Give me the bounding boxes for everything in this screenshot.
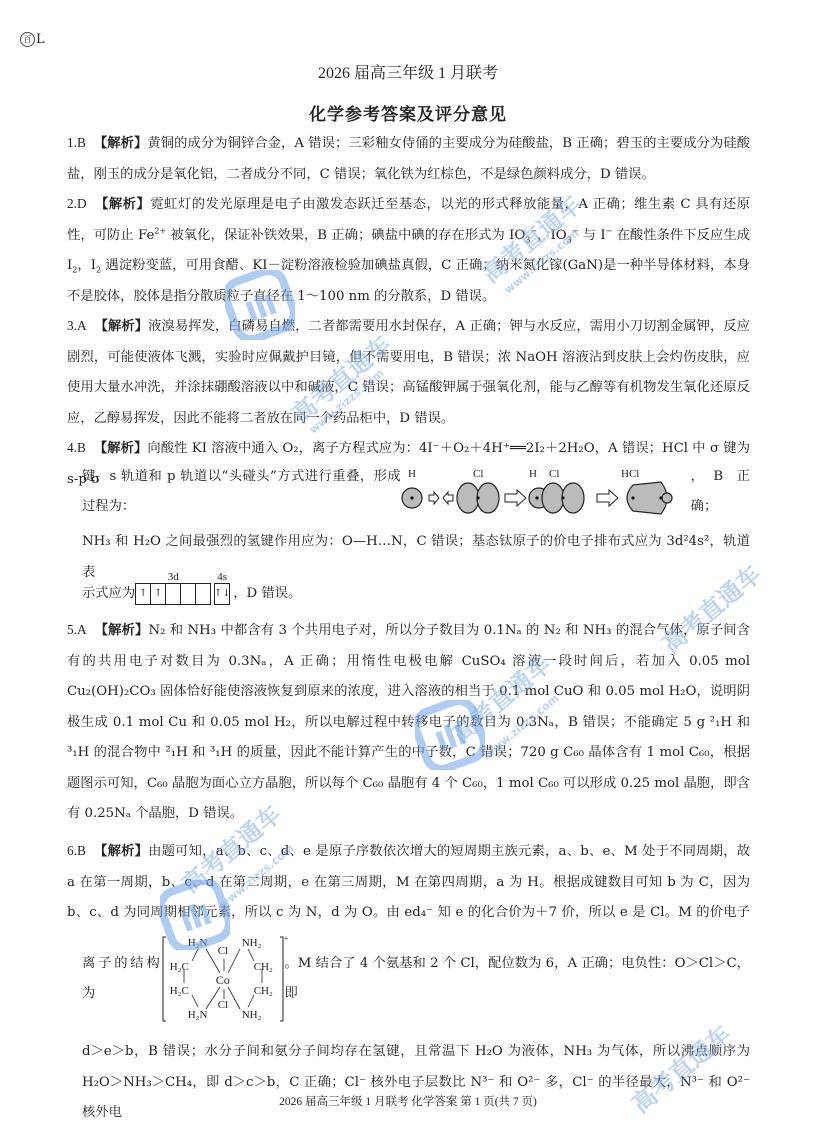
circled-char: 百 <box>20 32 35 47</box>
orbital-box <box>166 584 181 604</box>
ligand-label: NH₂ <box>242 937 262 949</box>
answer-text: ，D 错误。 <box>233 583 301 605</box>
orbital-box: ↑ <box>151 584 166 604</box>
ligand-label: H₂C <box>170 961 189 973</box>
orbital-box: ↑ <box>136 584 151 604</box>
answer-number: 3.A <box>67 318 87 333</box>
answer-number: 2.D <box>67 196 87 211</box>
answer-text: 键，s 轨道和 p 轨道以“头碰头”方式进行重叠，形成过程为： <box>82 462 401 523</box>
ligand-label: H₂C <box>170 985 189 997</box>
svg-text:H: H <box>408 468 416 480</box>
svg-text:HCl: HCl <box>621 468 639 480</box>
answer-text: 由题可知，a、b、c、d、e 是原子序数依次增大的短周期主族元素，a、b、e、M… <box>67 844 750 927</box>
exam-title: 2026 届高三年级 1 月联考 <box>0 60 816 83</box>
answer-text: ，B 正确； <box>691 462 750 523</box>
answer-number: 6.B <box>67 843 86 858</box>
answer-text: 黄铜的成分为铜锌合金，A 错误；三彩釉女侍俑的主要成分为硅酸盐，B 正确；碧玉的… <box>67 136 750 182</box>
ligand-label: CH₂ <box>254 961 273 973</box>
answer-item-5: 5.A【解析】N₂ 和 NH₃ 中都含有 3 个共用电子对，所以分子数目为 0.… <box>67 615 750 828</box>
answer-number: 4.B <box>67 440 86 455</box>
analysis-tag: 【解析】 <box>95 319 149 334</box>
orbital-label-4s: 4s <box>217 571 227 583</box>
corner-letter: L <box>36 32 45 47</box>
corner-mark: 百 L <box>20 32 45 47</box>
answer-text: 液溴易挥发，白磷易自燃，二者都需要用水封保存，A 正确；钾与水反应，需用小刀切割… <box>67 319 750 426</box>
svg-text:Cl: Cl <box>473 468 483 480</box>
sigma-bond-diagram: H Cl H Cl HCl <box>401 465 691 519</box>
answer-number: 5.A <box>67 622 87 637</box>
analysis-tag: 【解析】 <box>94 844 148 859</box>
cobalt-complex-structure: H₂N Cl NH₂ H₂C H₂C Co CH₂ CH₂ H₂N Cl NH₂… <box>162 935 283 1023</box>
analysis-tag: 【解析】 <box>95 197 151 212</box>
orbital-3d: 3d ↑ ↑ <box>135 571 211 605</box>
metal-center: Co <box>216 974 230 986</box>
answer-text: d＞e＞b，B 错误；水分子间和氨分子间均存在氢键，且常温下 H₂O 为液体，N… <box>67 1037 750 1129</box>
doc-title: 化学参考答案及评分意见 <box>0 100 816 125</box>
orbital-overlap-icon: H Cl H Cl HCl <box>401 465 691 519</box>
ligand-label: CH₂ <box>254 985 273 997</box>
analysis-tag: 【解析】 <box>94 441 148 456</box>
ligand-label: Cl <box>218 945 228 957</box>
orbital-box <box>181 584 196 604</box>
answer-item-2: 2.D【解析】霓虹灯的发光原理是电子由激发态跃迁至基态，以光的形式释放能量，A … <box>67 189 750 311</box>
orbital-4s: 4s ↑↓ <box>214 571 230 605</box>
answer-number: 1.B <box>67 135 86 150</box>
ligand-label: H₂N <box>188 1009 208 1021</box>
answer-item-4: 4.B【解析】向酸性 KI 溶液中通入 O₂，离子方程式应为：4I⁻＋O₂＋4H… <box>67 433 750 605</box>
analysis-tag: 【解析】 <box>95 623 149 638</box>
answer-text: 霓虹灯的发光原理是电子由激发态跃迁至基态，以光的形式释放能量，A 正确；维生素 … <box>67 197 750 304</box>
complex-structure-line: 离子的结构为 <box>67 927 750 1031</box>
answer-text: NH₃ 和 H₂O 之间最强烈的氢键作用应为：O—H…N，C 错误；基态钛原子的… <box>67 527 750 557</box>
ligand-label: Cl <box>218 999 228 1011</box>
answer-item-6: 6.B【解析】由题可知，a、b、c、d、e 是原子序数依次增大的短周期主族元素，… <box>67 836 750 1129</box>
svg-text:Cl: Cl <box>549 468 559 480</box>
answer-list: 1.B【解析】黄铜的成分为铜锌合金，A 错误；三彩釉女侍俑的主要成分为硅酸盐，B… <box>67 128 750 1129</box>
svg-text:H: H <box>529 468 537 480</box>
page-footer: 2026 届高三年级 1 月联考 化学答案 第 1 页(共 7 页) <box>0 1093 816 1109</box>
orbital-label-3d: 3d <box>168 571 179 583</box>
answer-text: 。M 结合了 4 个氨基和 2 个 Cl，配位数为 6，A 正确；电负性：O＞C… <box>284 949 750 1010</box>
answer-text: N₂ 和 NH₃ 中都含有 3 个共用电子对，所以分子数目为 0.1Nₐ 的 N… <box>67 623 750 821</box>
orbital-box <box>196 584 210 604</box>
sigma-bond-formation-line: 键，s 轨道和 p 轨道以“头碰头”方式进行重叠，形成过程为： H Cl H C… <box>67 463 750 521</box>
answer-text: 示式应为 <box>82 583 135 605</box>
charge-label: + <box>284 933 289 945</box>
answer-item-1: 1.B【解析】黄铜的成分为铜锌合金，A 错误；三彩釉女侍俑的主要成分为硅酸盐，B… <box>67 128 750 189</box>
answer-item-3: 3.A【解析】液溴易挥发，白磷易自燃，二者都需要用水封保存，A 正确；钾与水反应… <box>67 311 750 433</box>
ligand-label: H₂N <box>188 937 208 949</box>
analysis-tag: 【解析】 <box>94 136 148 151</box>
ligand-label: NH₂ <box>242 1009 262 1021</box>
orbital-box: ↑↓ <box>215 584 229 604</box>
orbital-diagram-line: 示式应为 3d ↑ ↑ 4s ↑↓ ，D 错误。 <box>67 557 750 605</box>
answer-text: 离子的结构为 <box>82 949 160 1010</box>
